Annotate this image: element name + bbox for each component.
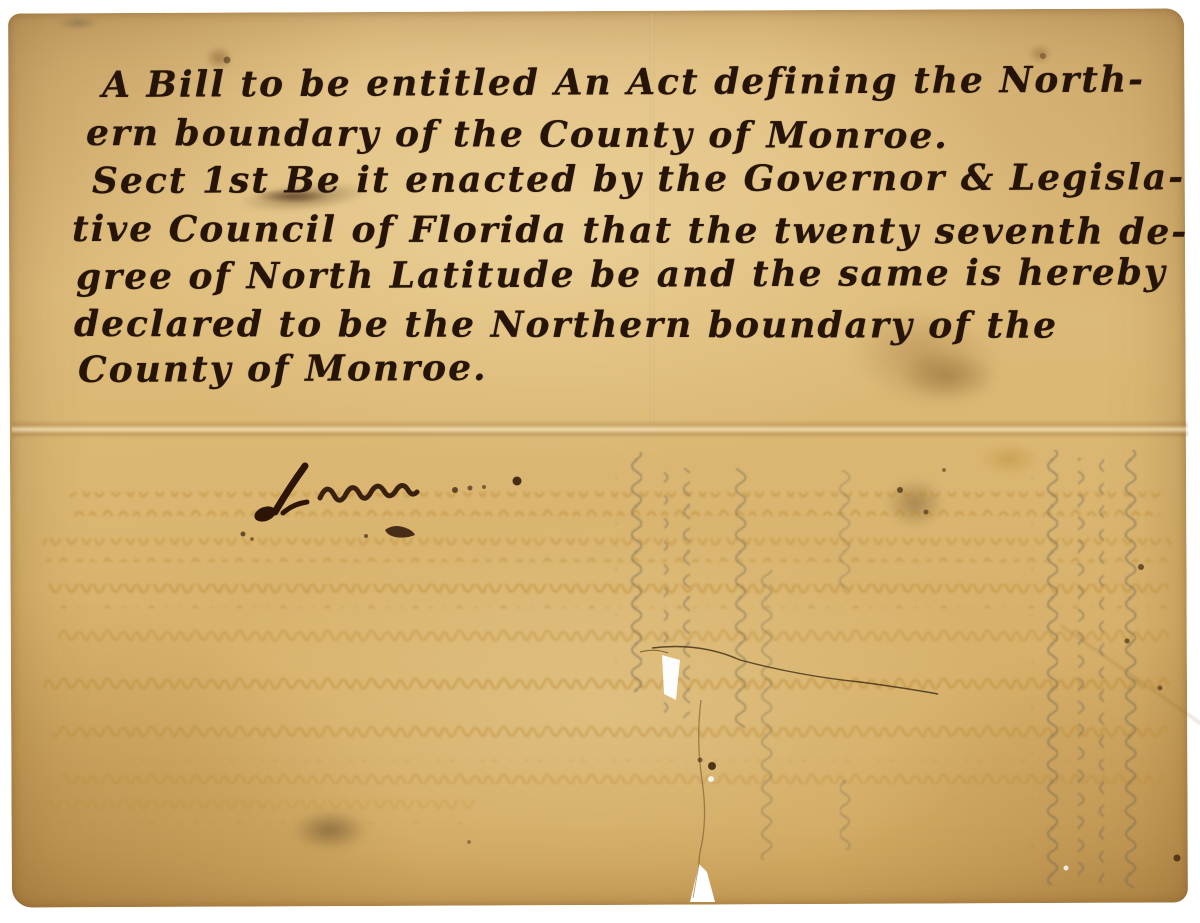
manuscript-line: Sect 1st Be it enacted by the Governor &… (92, 156, 1185, 202)
manuscript-line: gree of North Latitude be and the same i… (76, 251, 1167, 298)
manuscript-line: County of Monroe. (78, 347, 488, 391)
bleedthrough-writing (42, 492, 1172, 824)
manuscript-line: tive Council of Florida that the twenty … (72, 208, 1188, 253)
handwritten-text: A Bill to be entitled An Act defining th… (0, 0, 1200, 440)
manuscript-line: declared to be the Northern boundary of … (74, 303, 1058, 347)
manuscript-line: ern boundary of the County of Monroe. (86, 112, 949, 157)
scanned-document: A Bill to be entitled An Act defining th… (0, 0, 1200, 923)
manuscript-line: A Bill to be entitled An Act defining th… (102, 59, 1145, 106)
